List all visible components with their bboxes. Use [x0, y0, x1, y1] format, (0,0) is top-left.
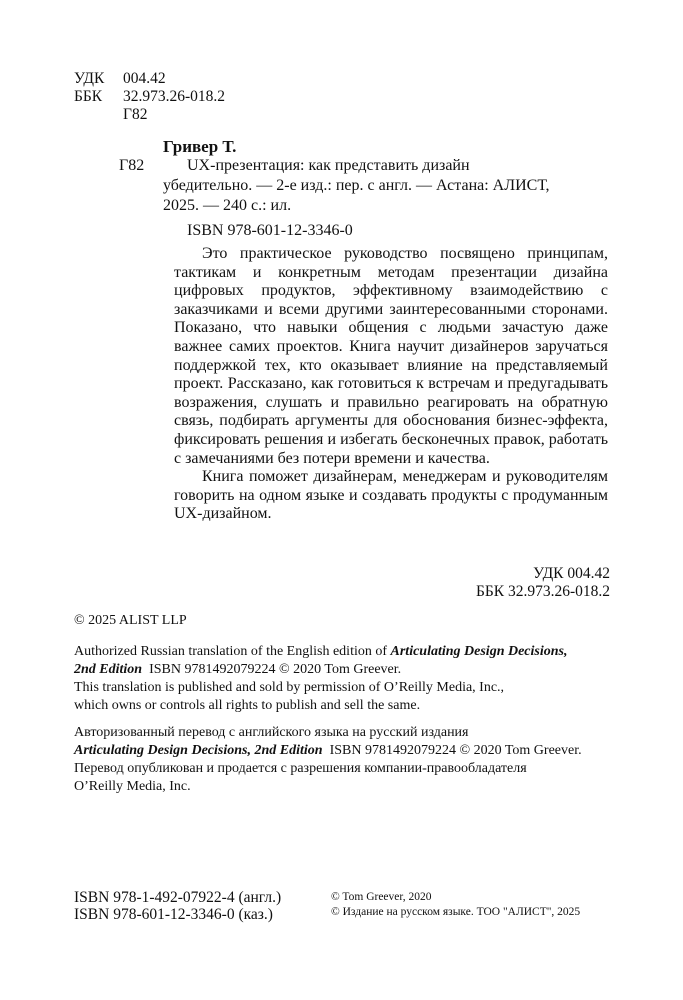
isbn-english: ISBN 978-1-492-07922-4 (англ.)	[74, 889, 281, 907]
title-line-1: UX-презентация: как представить дизайн	[187, 156, 470, 177]
annotation-paragraph-1: Это практическое руководство посвящено п…	[174, 245, 608, 468]
bbk-line: ББК32.973.26-018.2	[74, 88, 225, 105]
russian-notice-line-3: Перевод опубликован и продается с разреш…	[74, 760, 527, 778]
author-sign-top: Г82	[123, 106, 147, 123]
annotation-paragraph-2: Книга поможет дизайнерам, менеджерам и р…	[174, 468, 608, 524]
bbk-label: ББК	[74, 88, 123, 105]
rights-line-2: © Издание на русском языке. ТОО "АЛИСТ",…	[331, 905, 580, 920]
isbn-kazakh: ISBN 978-601-12-3346-0 (каз.)	[74, 906, 273, 924]
russian-isbn-text: ISBN 9781492079224 © 2020 Tom Greever.	[323, 743, 582, 758]
russian-notice-line-4: O’Reilly Media, Inc.	[74, 778, 191, 796]
entry-isbn: ISBN 978-601-12-3346-0	[187, 221, 353, 242]
rights-line-1: © Tom Greever, 2020	[331, 890, 432, 905]
author-name: Гривер Т.	[163, 137, 236, 157]
udk-right: УДК 004.42	[533, 565, 610, 582]
russian-book-title: Articulating Design Decisions, 2nd Editi…	[74, 743, 323, 758]
english-notice-line-4: which owns or controls all rights to pub…	[74, 697, 420, 715]
bbk-right: ББК 32.973.26-018.2	[476, 583, 610, 600]
title-line-2: убедительно. — 2-е изд.: пер. с англ. — …	[163, 176, 549, 197]
english-notice-line-2: 2nd Edition ISBN 9781492079224 © 2020 To…	[74, 661, 401, 679]
english-notice-line-3: This translation is published and sold b…	[74, 679, 504, 697]
english-book-edition: 2nd Edition	[74, 662, 142, 677]
russian-notice-line-2: Articulating Design Decisions, 2nd Editi…	[74, 742, 582, 760]
copyright-alist: © 2025 ALIST LLP	[74, 612, 187, 630]
udk-value: 004.42	[123, 70, 166, 87]
udk-line: УДК004.42	[74, 70, 166, 87]
bbk-value: 32.973.26-018.2	[123, 88, 225, 105]
annotation: Это практическое руководство посвящено п…	[174, 245, 608, 524]
title-line-3: 2025. — 240 с.: ил.	[163, 196, 291, 217]
english-book-title: Articulating Design Decisions,	[391, 644, 568, 659]
english-isbn-text: ISBN 9781492079224 © 2020 Tom Greever.	[142, 662, 401, 677]
udk-label: УДК	[74, 70, 123, 87]
english-notice-line-1: Authorized Russian translation of the En…	[74, 643, 567, 661]
author-sign-entry: Г82	[119, 156, 144, 177]
russian-notice-line-1: Авторизованный перевод с английского язы…	[74, 724, 469, 742]
english-notice-text: Authorized Russian translation of the En…	[74, 644, 391, 659]
